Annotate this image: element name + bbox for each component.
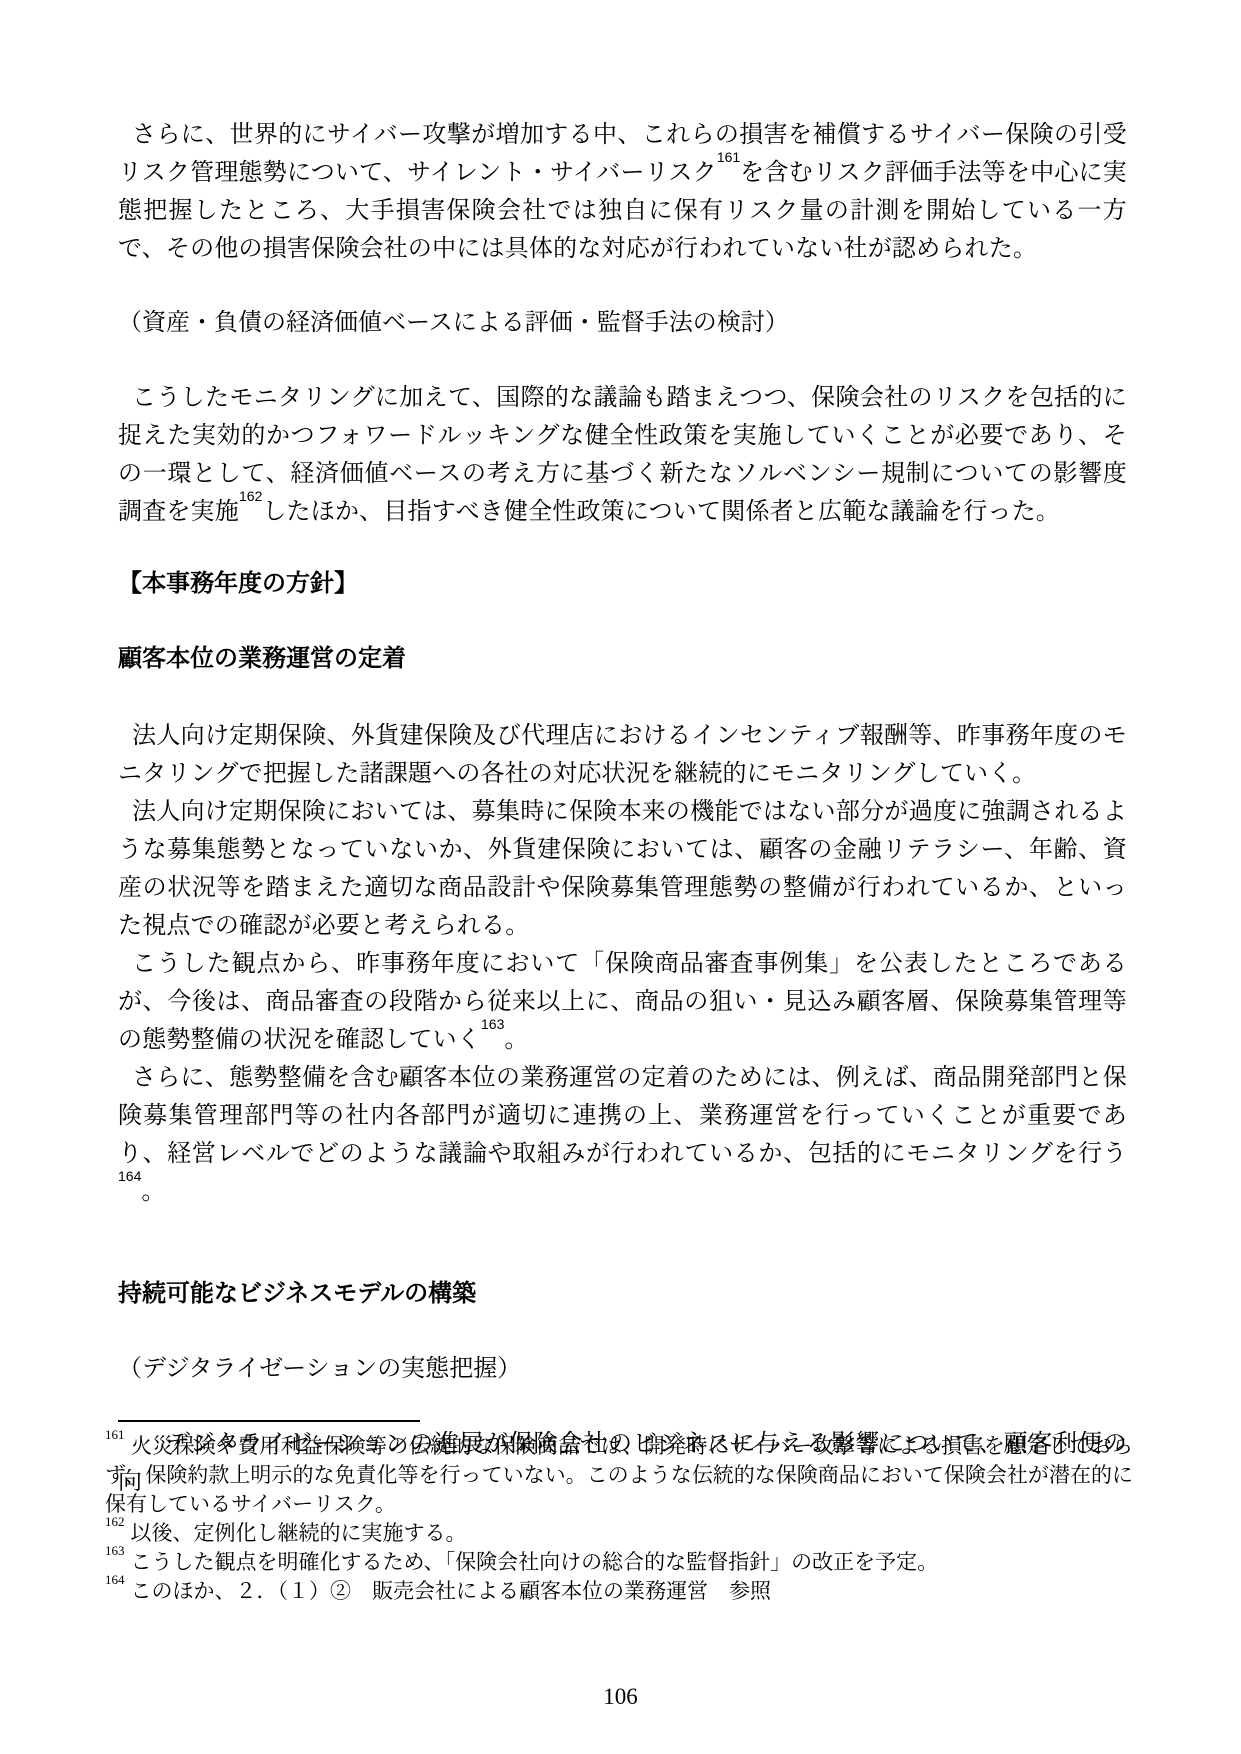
footnote-ref-163: 163: [481, 1016, 504, 1032]
footnote-text: 火災保険や費用利益保険等の伝統的な保険商品では、開発時にサイバー攻撃等による損害…: [105, 1434, 1133, 1516]
paragraph-monitoring-continuation: 法人向け定期保険、外貨建保険及び代理店におけるインセンティブ報酬等、昨事務年度の…: [118, 717, 1127, 793]
footnote-number-163: 163: [105, 1543, 125, 1558]
document-page: さらに、世界的にサイバー攻撃が増加する中、これらの損害を補償するサイバー保険の引…: [0, 0, 1241, 1754]
footnote-separator-rule: [118, 1420, 420, 1422]
paragraph-solvency-regulation: こうしたモニタリングに加えて、国際的な議論も踏まえつつ、保険会社のリスクを包括的…: [118, 379, 1127, 531]
paragraph-text: さらに、態勢整備を含む顧客本位の業務運営の定着のためには、例えば、商品開発部門と…: [118, 1064, 1127, 1167]
paragraph-text: 。: [141, 1178, 165, 1205]
footnote-ref-161: 161: [717, 149, 740, 165]
paragraph-cyber-insurance-risk: さらに、世界的にサイバー攻撃が増加する中、これらの損害を補償するサイバー保険の引…: [118, 116, 1127, 268]
paragraph-text: こうした観点から、昨事務年度において「保険商品審査事例集」を公表したところである…: [118, 950, 1127, 1053]
footnote-text: このほか、２．（１）② 販売会社による顧客本位の業務運営 参照: [131, 1579, 772, 1603]
page-number: 106: [0, 1684, 1241, 1710]
heading-economic-value-evaluation: （資産・負債の経済価値ベースによる評価・監督手法の検討）: [118, 304, 1127, 342]
footnote-number-162: 162: [105, 1514, 125, 1529]
footnote-section: 161火災保険や費用利益保険等の伝統的な保険商品では、開発時にサイバー攻撃等によ…: [105, 1420, 1133, 1606]
footnote-161: 161火災保険や費用利益保険等の伝統的な保険商品では、開発時にサイバー攻撃等によ…: [105, 1432, 1133, 1519]
footnote-162: 162以後、定例化し継続的に実施する。: [105, 1519, 1133, 1548]
heading-sustainable-business-model: 持続可能なビジネスモデルの構築: [118, 1275, 1127, 1313]
heading-digitalization-survey: （デジタライゼーションの実態把握）: [118, 1350, 1127, 1388]
paragraph-product-screening: こうした観点から、昨事務年度において「保険商品審査事例集」を公表したところである…: [118, 945, 1127, 1059]
footnote-ref-164: 164: [118, 1168, 141, 1184]
footnote-163: 163こうした観点を明確化するため、「保険会社向けの総合的な監督指針」の改正を予…: [105, 1548, 1133, 1577]
footnote-number-161: 161: [105, 1427, 125, 1442]
paragraph-text: 。: [504, 1026, 528, 1053]
footnote-text: 以後、定例化し継続的に実施する。: [131, 1521, 467, 1545]
footnote-number-164: 164: [105, 1572, 125, 1587]
paragraph-internal-coordination: さらに、態勢整備を含む顧客本位の業務運営の定着のためには、例えば、商品開発部門と…: [118, 1059, 1127, 1211]
heading-customer-oriented-business: 顧客本位の業務運営の定着: [118, 640, 1127, 678]
page-content: さらに、世界的にサイバー攻撃が増加する中、これらの損害を補償するサイバー保険の引…: [118, 116, 1127, 1501]
footnote-text: こうした観点を明確化するため、「保険会社向けの総合的な監督指針」の改正を予定。: [131, 1550, 939, 1574]
footnote-ref-162: 162: [239, 488, 262, 504]
paragraph-corporate-term-insurance: 法人向け定期保険においては、募集時に保険本来の機能ではない部分が過度に強調される…: [118, 793, 1127, 945]
heading-current-year-policy: 【本事務年度の方針】: [118, 565, 1127, 603]
paragraph-text: したほか、目指すべき健全性政策について関係者と広範な議論を行った。: [262, 498, 1060, 525]
footnote-164: 164このほか、２．（１）② 販売会社による顧客本位の業務運営 参照: [105, 1577, 1133, 1606]
